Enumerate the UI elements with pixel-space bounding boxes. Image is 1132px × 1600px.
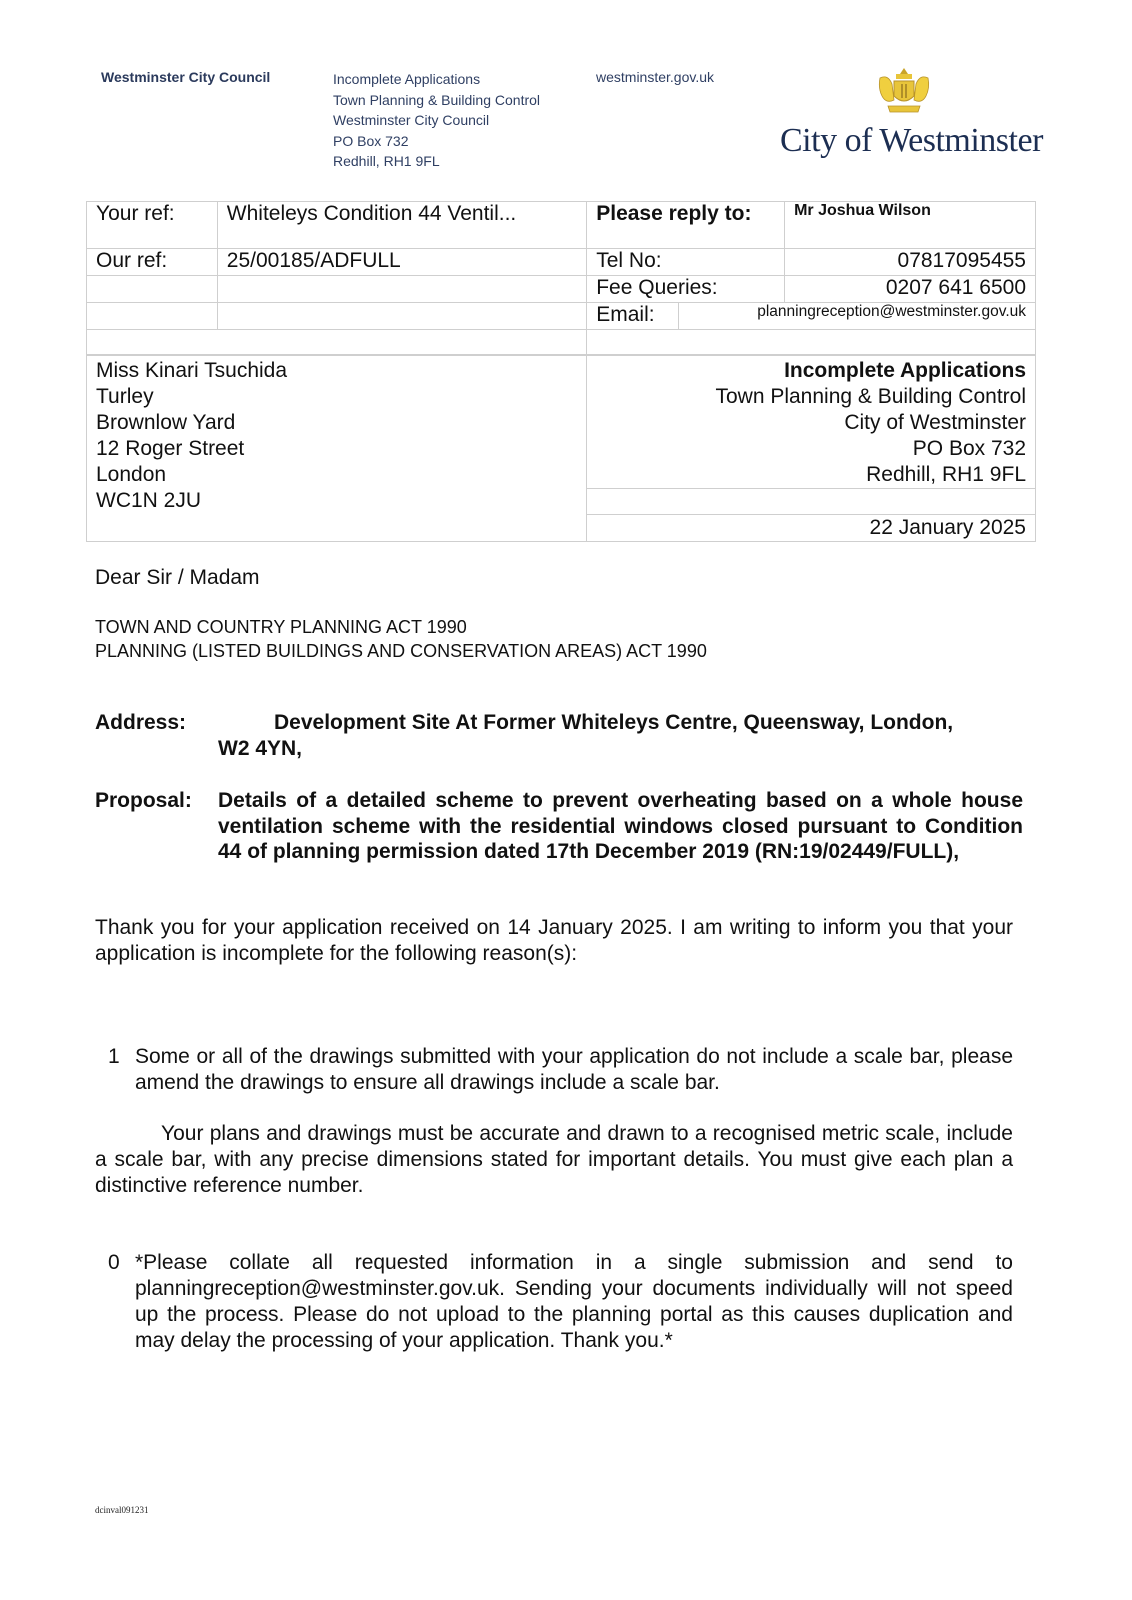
- proposal-text: Details of a detailed scheme to prevent …: [218, 788, 1023, 865]
- plans-note: Your plans and drawings must be accurate…: [95, 1121, 1013, 1199]
- empty-cell: [217, 303, 586, 330]
- city-of-westminster-logo: City of Westminster: [780, 66, 1035, 166]
- recipient-line: London: [96, 462, 577, 488]
- empty-cell: [87, 303, 218, 330]
- recipient-line: Miss Kinari Tsuchida: [96, 358, 577, 384]
- empty-cell: [587, 330, 1036, 355]
- reason-number: 1: [108, 1044, 120, 1070]
- reason-item: 0 *Please collate all requested informat…: [95, 1250, 1013, 1354]
- sender-title: Incomplete Applications: [596, 358, 1026, 384]
- act-line: TOWN AND COUNTRY PLANNING ACT 1990: [95, 615, 707, 639]
- sender-address: Incomplete Applications Town Planning & …: [587, 356, 1036, 489]
- recipient-line: WC1N 2JU: [96, 488, 577, 514]
- council-address-line: Westminster City Council: [333, 110, 540, 131]
- empty-cell: [587, 489, 1036, 515]
- email-value[interactable]: planningreception@westminster.gov.uk: [679, 303, 1036, 330]
- address-label: Address:: [95, 710, 186, 736]
- your-ref-label: Your ref:: [87, 202, 218, 249]
- proposal-label: Proposal:: [95, 788, 192, 814]
- empty-cell: [87, 276, 218, 303]
- site-address-line1: Development Site At Former Whiteleys Cen…: [218, 710, 1023, 736]
- council-website: westminster.gov.uk: [596, 69, 714, 85]
- intro-paragraph: Thank you for your application received …: [95, 915, 1013, 967]
- reason-number: 0: [108, 1250, 120, 1276]
- our-ref-label: Our ref:: [87, 249, 218, 276]
- council-address-line: PO Box 732: [333, 131, 540, 152]
- fee-queries-label: Fee Queries:: [587, 276, 785, 303]
- empty-cell: [87, 330, 587, 355]
- coat-of-arms-crest-icon: [874, 66, 934, 114]
- reason-text: Some or all of the drawings submitted wi…: [135, 1044, 1013, 1096]
- fee-queries-value: 0207 641 6500: [785, 276, 1036, 303]
- sender-line: Town Planning & Building Control: [596, 384, 1026, 410]
- council-name: Westminster City Council: [101, 69, 270, 85]
- empty-cell: [217, 276, 586, 303]
- logo-text: City of Westminster: [780, 122, 1043, 160]
- council-address-line: Incomplete Applications: [333, 69, 540, 90]
- council-address: Incomplete Applications Town Planning & …: [333, 69, 540, 172]
- email-label: Email:: [587, 303, 679, 330]
- council-address-line: Redhill, RH1 9FL: [333, 151, 540, 172]
- tel-label: Tel No:: [587, 249, 785, 276]
- tel-value: 07817095455: [785, 249, 1036, 276]
- proposal-block: Proposal: Details of a detailed scheme t…: [95, 788, 1023, 865]
- reply-to-name: Mr Joshua Wilson: [785, 202, 1036, 249]
- recipient-line: Turley: [96, 384, 577, 410]
- reason-text: *Please collate all requested informatio…: [135, 1250, 1013, 1354]
- recipient-address: Miss Kinari Tsuchida Turley Brownlow Yar…: [87, 356, 587, 542]
- sender-line: PO Box 732: [596, 436, 1026, 462]
- reply-to-label: Please reply to:: [587, 202, 785, 249]
- reason-item: 1 Some or all of the drawings submitted …: [95, 1044, 1013, 1096]
- our-ref-value: 25/00185/ADFULL: [217, 249, 586, 276]
- sender-line: City of Westminster: [596, 410, 1026, 436]
- letter-date: 22 January 2025: [587, 515, 1036, 542]
- reference-table: Your ref: Whiteleys Condition 44 Ventil.…: [86, 201, 1036, 355]
- your-ref-value: Whiteleys Condition 44 Ventil...: [217, 202, 586, 249]
- site-address-line2: W2 4YN,: [218, 736, 1023, 762]
- legislation-acts: TOWN AND COUNTRY PLANNING ACT 1990 PLANN…: [95, 615, 707, 663]
- sender-line: Redhill, RH1 9FL: [596, 462, 1026, 488]
- address-table: Miss Kinari Tsuchida Turley Brownlow Yar…: [86, 355, 1036, 542]
- document-code: dcinval091231: [95, 1505, 149, 1515]
- recipient-line: 12 Roger Street: [96, 436, 577, 462]
- recipient-line: Brownlow Yard: [96, 410, 577, 436]
- salutation: Dear Sir / Madam: [95, 566, 260, 590]
- act-line: PLANNING (LISTED BUILDINGS AND CONSERVAT…: [95, 639, 707, 663]
- council-address-line: Town Planning & Building Control: [333, 90, 540, 111]
- site-address-block: Address: Development Site At Former Whit…: [95, 710, 1023, 761]
